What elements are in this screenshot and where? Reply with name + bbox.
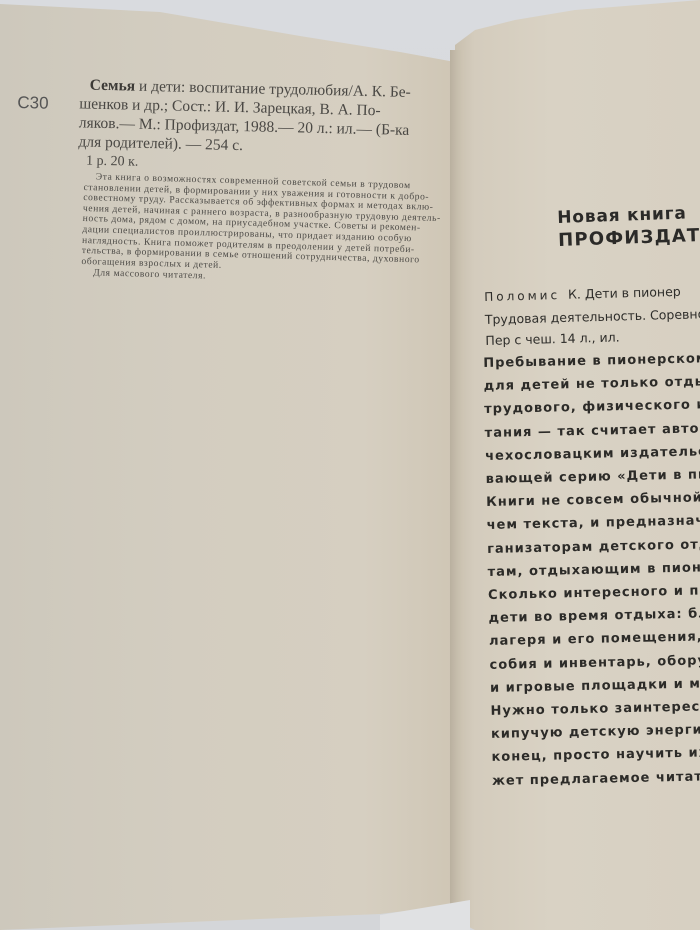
author-name: Поломис [484, 288, 560, 304]
catalog-code: С30 [17, 93, 49, 113]
book-title-bold: Семья [90, 77, 136, 95]
bibliographic-entry: С30 Семья и дети: воспитание трудолюбия/… [16, 74, 438, 179]
entry-title-1: К. Дети в пионер [568, 284, 681, 302]
annotation-paragraph: Эта книга о возможностях современной сов… [81, 172, 436, 289]
book-gutter [450, 50, 464, 930]
book-entry: Поломис К. Дети в пионер Трудовая деятел… [484, 279, 700, 351]
book-description: Пребывание в пионерском лагере для детей… [483, 347, 700, 793]
heading-line-1: Новая книга [557, 203, 700, 228]
description-line: жет предлагаемое читателям издание [492, 764, 700, 793]
new-book-heading: Новая книга ПРОФИЗДАТА [557, 203, 700, 251]
